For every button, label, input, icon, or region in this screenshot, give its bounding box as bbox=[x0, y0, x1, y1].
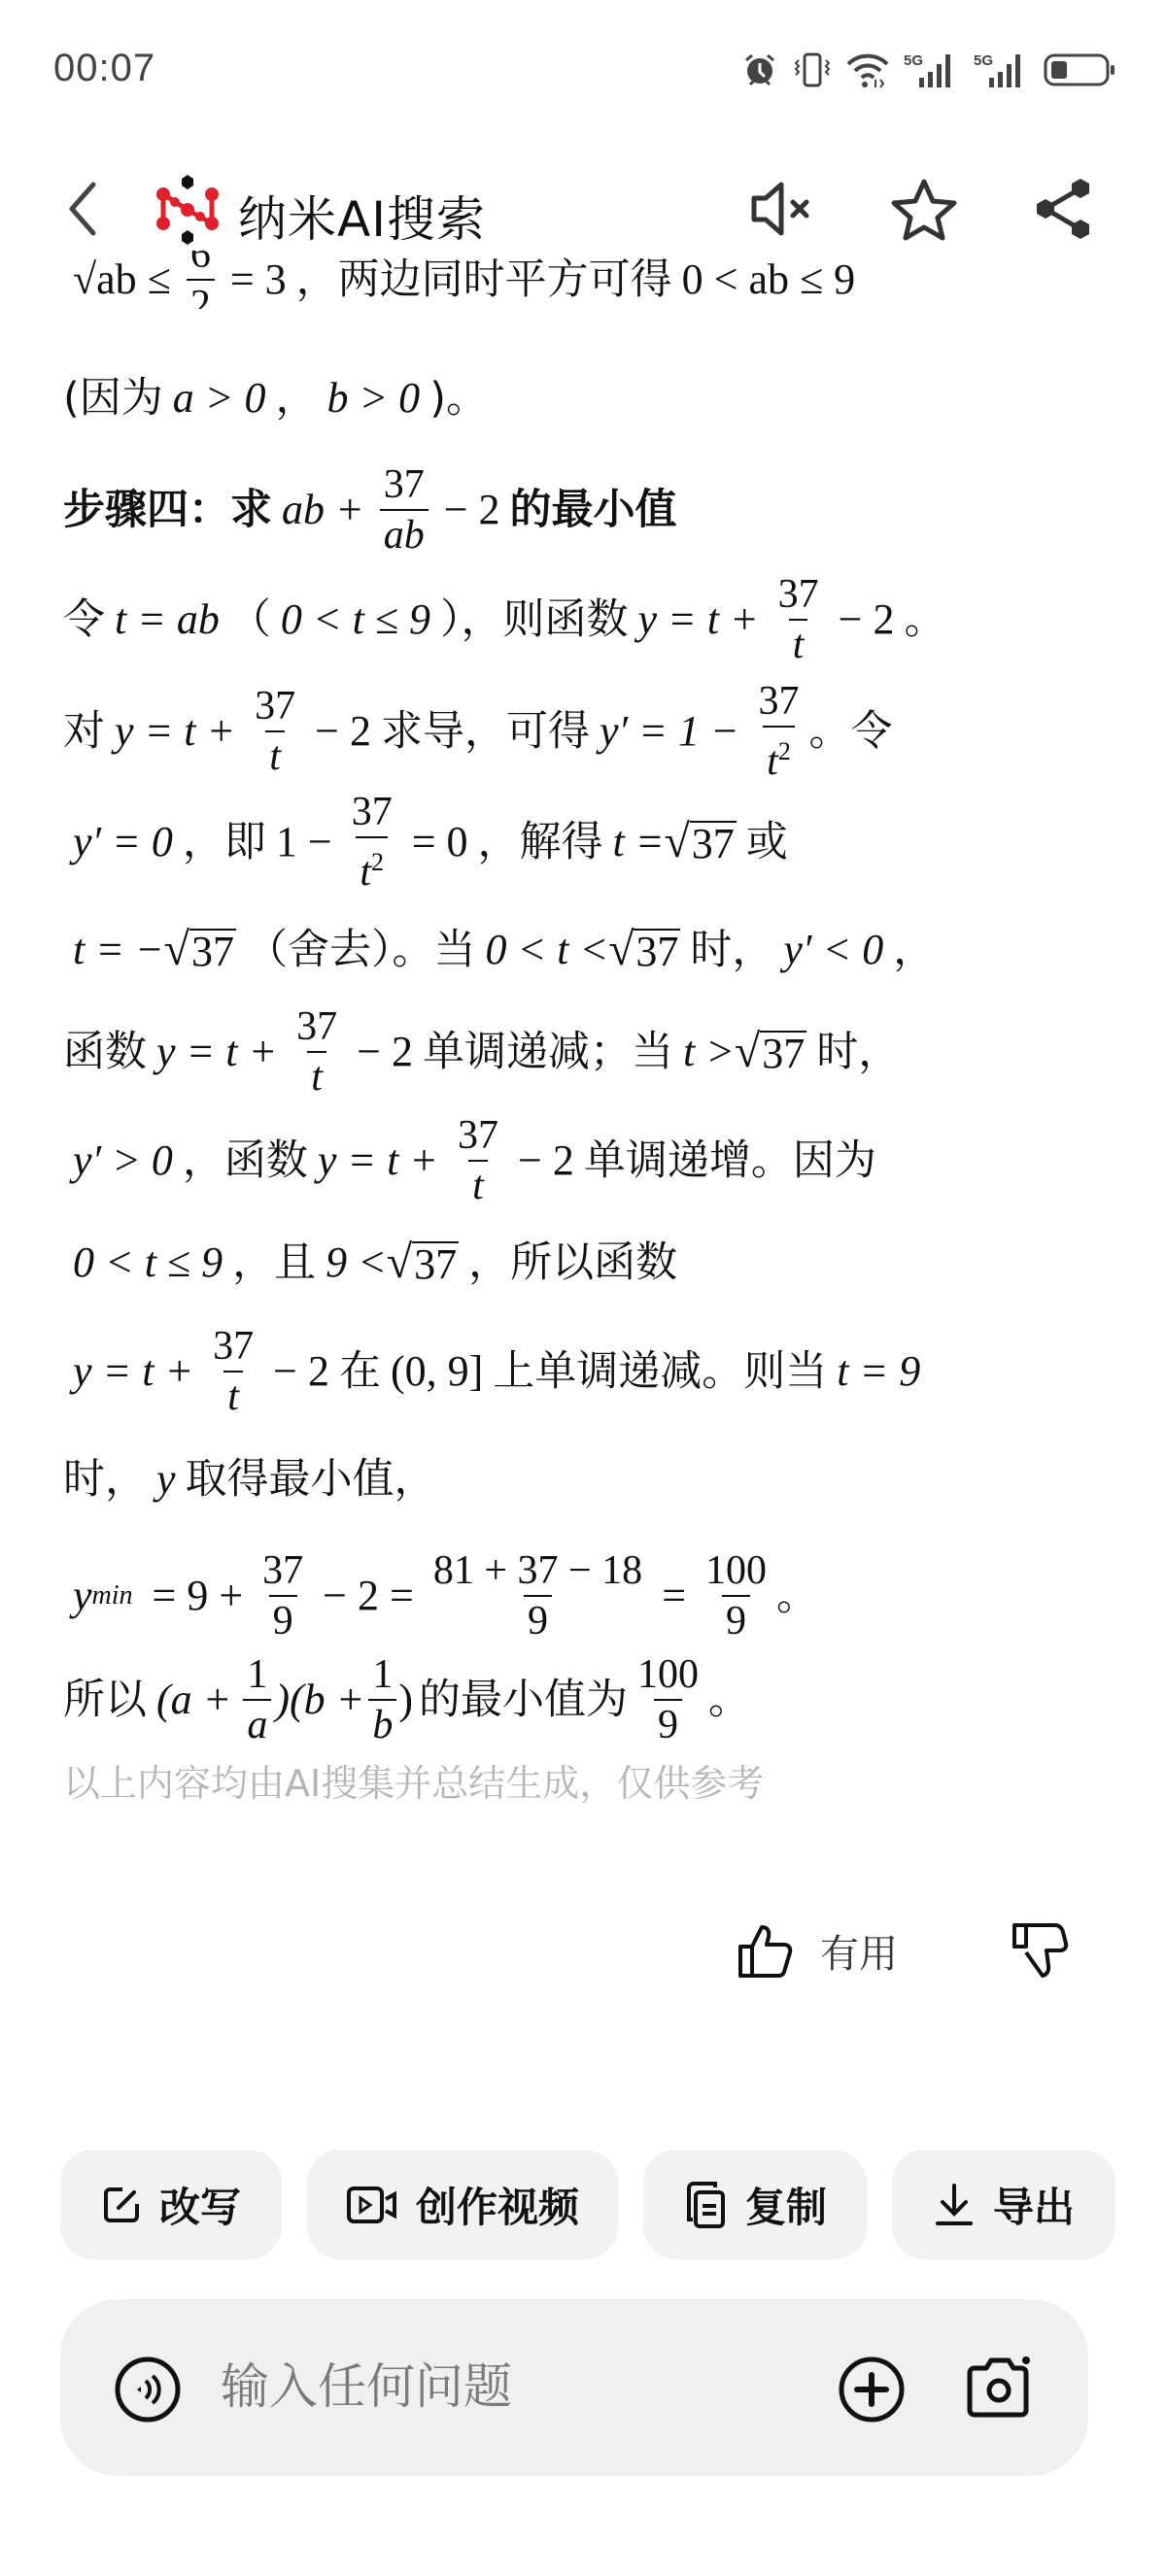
math-expr: y′ < 0 bbox=[783, 921, 883, 979]
answer-line: y′ > 0 ，函数 y = t + 37t − 2 单调递增。因为 bbox=[63, 1107, 876, 1214]
math-expr: y′ = 1 − bbox=[600, 702, 739, 761]
app-logo bbox=[154, 173, 222, 247]
status-bar: 00:07 5G 5G bbox=[0, 0, 1166, 136]
text-segment: ，两边同时平方可得 bbox=[296, 251, 672, 309]
mute-button[interactable] bbox=[748, 177, 818, 241]
rewrite-button[interactable]: 改写 bbox=[60, 2150, 282, 2259]
mute-icon bbox=[748, 177, 818, 241]
export-button[interactable]: 导出 bbox=[892, 2150, 1115, 2259]
create-video-button[interactable]: 创作视频 bbox=[307, 2150, 618, 2259]
math-expr: = 0 bbox=[412, 813, 468, 871]
fraction: 37ab bbox=[380, 462, 429, 558]
text-segment: 上单调递减。则当 bbox=[493, 1342, 827, 1401]
fraction: 37t2 bbox=[348, 790, 396, 895]
math-expr: 9 <√37 bbox=[326, 1234, 459, 1292]
text-segment: 。 bbox=[904, 591, 945, 649]
answer-line: (因为 a > 0 ， b > 0 )。 bbox=[63, 369, 488, 427]
status-time: 00:07 bbox=[53, 47, 155, 90]
math-expr: − 2 bbox=[444, 481, 500, 539]
answer-line: y′ = 0 ，即 1 − 37t2 = 0 ，解得 t =√37 或 bbox=[63, 789, 788, 896]
text-segment: 或 bbox=[746, 813, 788, 871]
copy-label: 复制 bbox=[745, 2176, 827, 2234]
answer-line: 对 y = t + 37t − 2 求导，可得 y′ = 1 − 37t2 。令 bbox=[63, 678, 893, 785]
math-expr: 0 < t ≤ 9 bbox=[73, 1234, 223, 1292]
rewrite-label: 改写 bbox=[159, 2176, 241, 2234]
answer-line: t = −√37 （舍去）。当 0 < t <√37 时， y′ < 0 ， bbox=[63, 921, 935, 979]
math-expr: 1 − bbox=[276, 813, 332, 871]
wifi-icon bbox=[845, 51, 890, 89]
math-expr: − 2 bbox=[357, 1023, 413, 1081]
math-expr: y bbox=[156, 1450, 176, 1508]
text-segment: 。令 bbox=[809, 702, 893, 761]
fraction: 1009 bbox=[634, 1652, 703, 1747]
fraction: 37t2 bbox=[755, 679, 804, 784]
useful-button[interactable]: 有用 bbox=[737, 1921, 898, 1980]
text-segment: ，且 bbox=[232, 1234, 316, 1292]
export-label: 导出 bbox=[993, 2176, 1075, 2234]
fraction: 37t bbox=[292, 1004, 341, 1100]
app-title: 纳米AI搜索 bbox=[238, 181, 486, 251]
heading-text: 步骤四：求 bbox=[63, 481, 272, 539]
5g-signal-icon: 5G bbox=[974, 51, 1030, 89]
text-segment: 单调递增。因为 bbox=[584, 1132, 876, 1190]
add-attachment-button[interactable] bbox=[838, 2356, 906, 2427]
star-icon bbox=[889, 177, 959, 241]
text-segment: 。 bbox=[708, 1671, 750, 1729]
video-icon bbox=[346, 2185, 398, 2225]
text-segment: 取得最小值， bbox=[186, 1450, 436, 1508]
math-expr: y = t + bbox=[73, 1342, 193, 1401]
math-expr: t = 9 bbox=[837, 1342, 920, 1401]
top-nav-bar: 纳米AI搜索 bbox=[0, 155, 1166, 262]
camera-button[interactable] bbox=[964, 2352, 1038, 2423]
math-expr: t =√37 bbox=[613, 813, 737, 871]
favorite-button[interactable] bbox=[889, 177, 959, 241]
camera-icon bbox=[964, 2352, 1038, 2420]
text-segment: 的最小值为 bbox=[419, 1671, 628, 1729]
fraction: 1009 bbox=[702, 1548, 771, 1644]
text-segment: （舍去）。当 bbox=[246, 921, 476, 979]
text-segment: 单调递减；当 bbox=[423, 1023, 673, 1081]
useful-label: 有用 bbox=[820, 1923, 898, 1979]
answer-line: 0 < t ≤ 9 ，且 9 <√37 ，所以函数 bbox=[63, 1234, 677, 1292]
fraction: 37t bbox=[454, 1113, 502, 1208]
fraction: 62 bbox=[187, 251, 215, 309]
svg-text:5G: 5G bbox=[974, 52, 993, 69]
battery-icon bbox=[1044, 51, 1117, 89]
share-icon bbox=[1030, 177, 1100, 241]
math-expr: t >√37 bbox=[683, 1023, 806, 1081]
text-segment: 时， bbox=[63, 1450, 147, 1508]
math-expr: 0 < ab ≤ 9 bbox=[682, 251, 856, 309]
math-expr: − 2 bbox=[273, 1342, 329, 1401]
vibrate-icon bbox=[793, 51, 832, 89]
text-segment: ， bbox=[893, 921, 935, 979]
text-segment: ，所以函数 bbox=[468, 1234, 677, 1292]
ai-disclaimer: 以上内容均由AI搜集并总结生成，仅供参考 bbox=[63, 1753, 764, 1807]
answer-line: √ab ≤ 62 = 3 ，两边同时平方可得 0 < ab ≤ 9 bbox=[63, 251, 865, 309]
math-expr: y = t + bbox=[115, 702, 235, 761]
text-segment: ，解得 bbox=[478, 813, 603, 871]
plus-circle-icon bbox=[838, 2356, 906, 2423]
sqrt: √37 bbox=[664, 819, 736, 865]
answer-line: 函数 y = t + 37t − 2 单调递减；当 t >√37 时， bbox=[63, 999, 900, 1105]
copy-button[interactable]: 复制 bbox=[643, 2150, 867, 2259]
text-segment: (因为 bbox=[63, 369, 163, 427]
nami-logo-icon bbox=[154, 173, 222, 247]
answer-line: 令 t = ab （ 0 < t ≤ 9 ），则函数 y = t + 37t −… bbox=[63, 566, 945, 673]
math-expr: y = t + bbox=[638, 591, 759, 649]
math-expr: t = ab bbox=[115, 591, 220, 649]
answer-line: ymin = 9 + 379 − 2 = 81 + 37 − 189 = 100… bbox=[63, 1542, 818, 1649]
share-button[interactable] bbox=[1030, 177, 1100, 241]
text-segment: （ bbox=[229, 591, 271, 649]
math-expr: − 2 bbox=[518, 1132, 574, 1190]
answer-line: 时， y 取得最小值， bbox=[63, 1450, 436, 1508]
text-segment: ， bbox=[275, 369, 317, 427]
math-expr: 0 < t <√37 bbox=[485, 921, 680, 979]
download-icon bbox=[933, 2183, 976, 2227]
5g-signal-icon: 5G bbox=[904, 51, 960, 89]
math-expr: = 3 bbox=[230, 251, 287, 309]
step-heading: 步骤四：求 ab + 37ab − 2 的最小值 bbox=[63, 457, 677, 563]
math-expr: t = −√37 bbox=[73, 921, 236, 979]
text-segment: 。 bbox=[776, 1567, 818, 1625]
math-expr: )(b + bbox=[275, 1671, 364, 1729]
fraction: 1b bbox=[368, 1652, 396, 1747]
math-expr: − 2 bbox=[315, 702, 371, 761]
copy-icon bbox=[683, 2181, 728, 2229]
math-expr: √ab ≤ bbox=[73, 251, 171, 309]
voice-input-button[interactable] bbox=[114, 2356, 182, 2427]
math-expr: ymin bbox=[73, 1567, 133, 1625]
back-button[interactable] bbox=[58, 177, 107, 241]
back-icon bbox=[58, 177, 107, 241]
math-expr: 0 < t ≤ 9 bbox=[281, 591, 430, 649]
heading-text: 的最小值 bbox=[510, 481, 677, 539]
text-segment: 时， bbox=[816, 1023, 900, 1081]
math-expr: − 2 = bbox=[323, 1567, 414, 1625]
text-segment: 所以 bbox=[63, 1671, 147, 1729]
fraction: 37t bbox=[251, 684, 299, 779]
fraction: 81 + 37 − 189 bbox=[429, 1548, 646, 1644]
alarm-icon bbox=[740, 51, 779, 89]
text-segment: ），则函数 bbox=[440, 591, 629, 649]
text-segment: 对 bbox=[63, 702, 105, 761]
question-input-bar bbox=[60, 2299, 1088, 2476]
thumbs-up-icon bbox=[737, 1921, 795, 1980]
math-expr: = bbox=[662, 1567, 686, 1625]
voice-wave-icon bbox=[114, 2356, 182, 2423]
text-segment: )。 bbox=[429, 369, 488, 427]
math-expr: = 9 + bbox=[153, 1567, 244, 1625]
math-expr: (a + bbox=[156, 1671, 231, 1729]
text-segment: 令 bbox=[63, 591, 105, 649]
math-expr: y′ > 0 bbox=[73, 1132, 173, 1190]
math-expr: b > 0 bbox=[326, 369, 420, 427]
math-expr: y′ = 0 bbox=[73, 813, 173, 871]
fraction: 1a bbox=[243, 1652, 271, 1747]
text-segment: 函数 bbox=[63, 1023, 147, 1081]
thumbs-down-icon bbox=[1011, 1921, 1069, 1980]
math-expr: − 2 bbox=[839, 591, 895, 649]
fraction: 37t bbox=[209, 1324, 257, 1419]
answer-line: y = t + 37t − 2 在 (0, 9] 上单调递减。则当 t = 9 bbox=[63, 1318, 930, 1425]
math-expr: y = t + bbox=[318, 1132, 438, 1190]
status-icons: 5G 5G bbox=[740, 51, 1117, 89]
text-segment: 求导，可得 bbox=[381, 702, 590, 761]
text-segment: ，即 bbox=[183, 813, 266, 871]
svg-text:5G: 5G bbox=[904, 52, 923, 69]
math-expr: ) bbox=[398, 1671, 413, 1729]
fraction: 37t bbox=[774, 572, 823, 667]
not-useful-button[interactable] bbox=[1011, 1921, 1069, 1983]
fraction: 379 bbox=[258, 1548, 307, 1644]
math-expr: y = t + bbox=[156, 1023, 277, 1081]
answer-conclusion: 所以 (a + 1a )(b + 1b ) 的最小值为 1009 。 bbox=[63, 1646, 750, 1753]
text-segment: 时， bbox=[690, 921, 773, 979]
text-segment: ，函数 bbox=[183, 1132, 308, 1190]
math-expr: a > 0 bbox=[173, 369, 266, 427]
text-segment: 在 bbox=[339, 1342, 381, 1401]
create-video-label: 创作视频 bbox=[416, 2176, 579, 2234]
math-expr: (0, 9] bbox=[391, 1342, 483, 1401]
math-expr: ab + bbox=[282, 481, 364, 539]
question-input[interactable] bbox=[221, 2348, 842, 2425]
edit-icon bbox=[101, 2185, 142, 2225]
